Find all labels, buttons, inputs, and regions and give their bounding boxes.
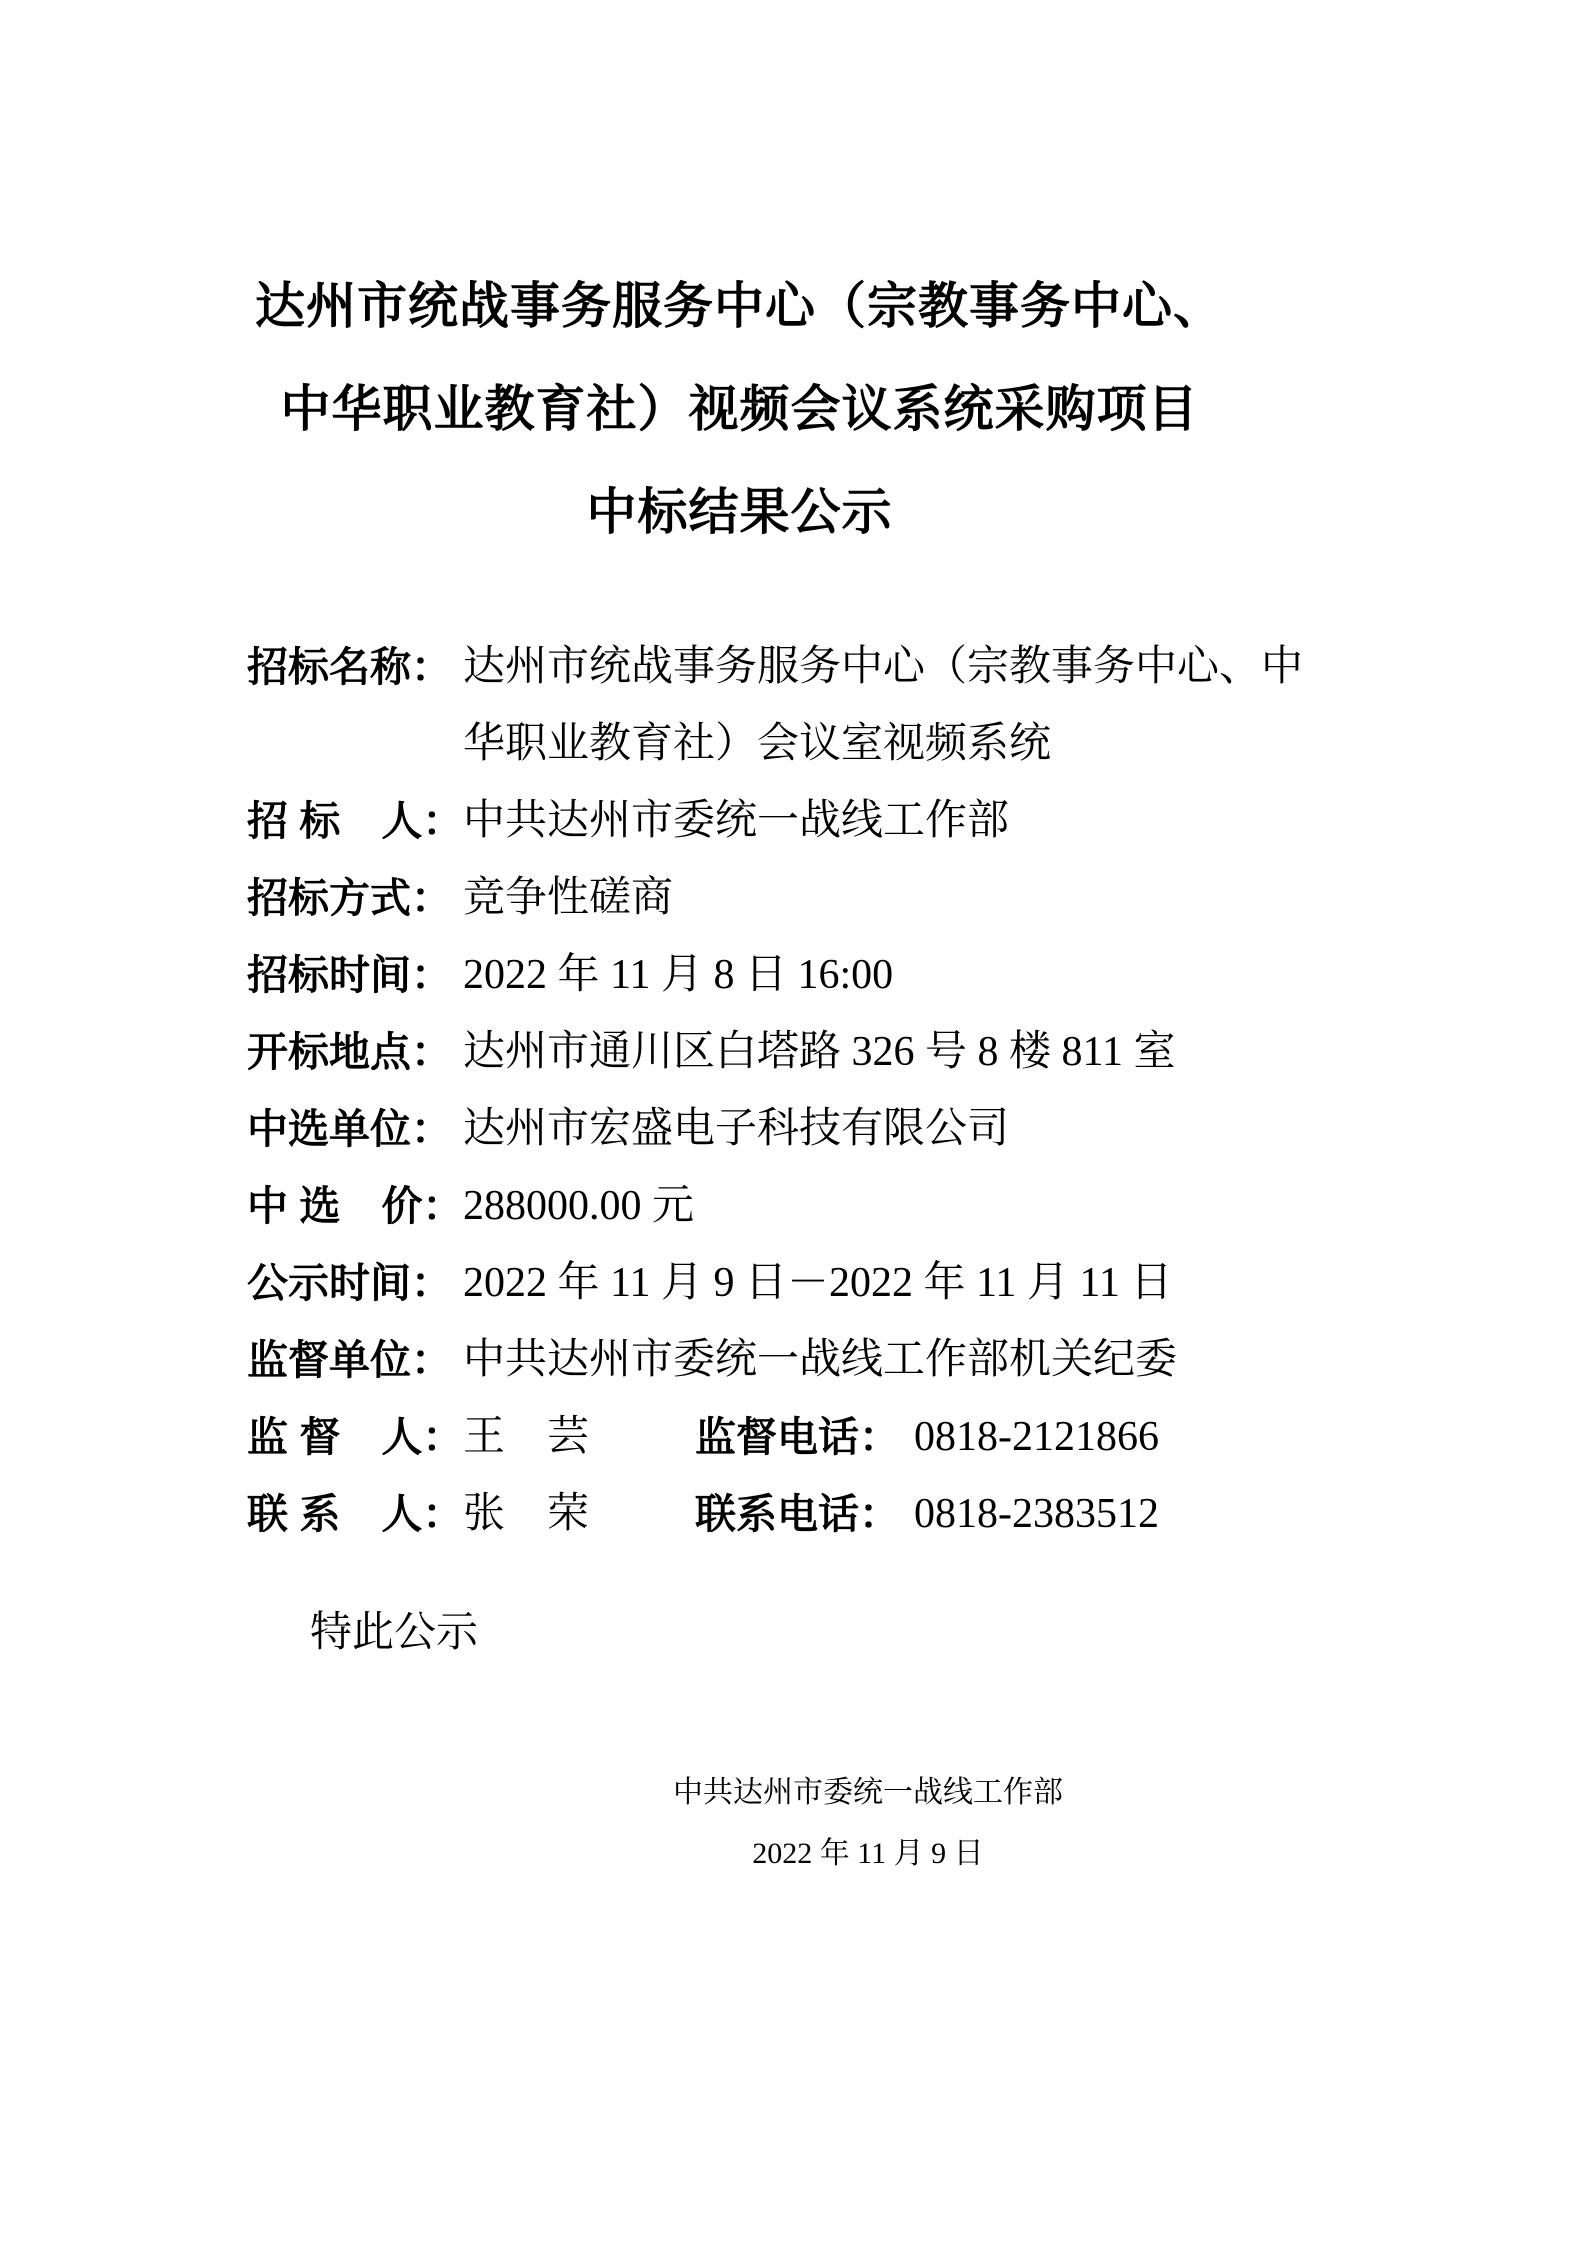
contact-row-contact-person: 联 系 人： 张 荣 联系电话： 0818-2383512	[247, 1476, 1370, 1553]
field-row-winning-price: 中 选 价： 288000.00 元	[247, 1168, 1370, 1245]
contact-name: 张 荣	[463, 1476, 695, 1553]
document-page: 达州市统战事务服务中心（宗教事务中心、 中华职业教育社）视频会议系统采购项目 中…	[0, 0, 1587, 2245]
field-label: 监 督 人：	[247, 1399, 463, 1476]
field-value: 达州市统战事务服务中心（宗教事务中心、中 华职业教育社）会议室视频系统	[463, 629, 1303, 783]
field-row-tender-time: 招标时间： 2022 年 11 月 8 日 16:00	[247, 937, 1370, 1014]
field-label: 招标方式：	[247, 860, 463, 937]
field-label: 招标时间：	[247, 937, 463, 1014]
closing-statement: 特此公示	[247, 1595, 1370, 1672]
field-value: 达州市宏盛电子科技有限公司	[463, 1091, 1009, 1168]
title-line-3: 中标结果公示	[247, 461, 1232, 564]
field-value: 2022 年 11 月 9 日－2022 年 11 月 11 日	[463, 1245, 1172, 1322]
field-label: 公示时间：	[247, 1245, 463, 1322]
signature-block: 中共达州市委统一战线工作部 2022 年 11 月 9 日	[498, 1762, 1238, 1884]
field-value: 竞争性磋商	[463, 860, 673, 937]
field-row-winning-bidder: 中选单位： 达州市宏盛电子科技有限公司	[247, 1091, 1370, 1168]
supervisor-phone: 0818-2121866	[914, 1399, 1159, 1476]
contact-phone-label: 联系电话：	[695, 1476, 900, 1553]
field-value-line-2: 华职业教育社）会议室视频系统	[463, 706, 1303, 783]
field-label: 招标名称：	[247, 629, 463, 706]
signature-date: 2022 年 11 月 9 日	[498, 1823, 1238, 1884]
field-value: 288000.00 元	[463, 1168, 694, 1245]
field-row-tender-method: 招标方式： 竞争性磋商	[247, 860, 1370, 937]
supervisor-name: 王 芸	[463, 1399, 695, 1476]
contact-phone: 0818-2383512	[914, 1476, 1159, 1553]
field-label: 开标地点：	[247, 1014, 463, 1091]
document-title: 达州市统战事务服务中心（宗教事务中心、 中华职业教育社）视频会议系统采购项目 中…	[247, 255, 1232, 564]
field-value: 达州市通川区白塔路 326 号 8 楼 811 室	[463, 1014, 1175, 1091]
field-row-tender-name: 招标名称： 达州市统战事务服务中心（宗教事务中心、中 华职业教育社）会议室视频系…	[247, 629, 1370, 783]
field-value: 中共达州市委统一战线工作部机关纪委	[463, 1322, 1177, 1399]
field-label: 中 选 价：	[247, 1168, 463, 1245]
supervisor-phone-label: 监督电话：	[695, 1399, 900, 1476]
field-row-supervising-unit: 监督单位： 中共达州市委统一战线工作部机关纪委	[247, 1322, 1370, 1399]
field-value: 中共达州市委统一战线工作部	[463, 783, 1009, 860]
field-label: 中选单位：	[247, 1091, 463, 1168]
field-label: 联 系 人：	[247, 1476, 463, 1553]
signature-organization: 中共达州市委统一战线工作部	[498, 1762, 1238, 1823]
field-label: 招 标 人：	[247, 783, 463, 860]
field-row-opening-location: 开标地点： 达州市通川区白塔路 326 号 8 楼 811 室	[247, 1014, 1370, 1091]
field-row-tenderer: 招 标 人： 中共达州市委统一战线工作部	[247, 783, 1370, 860]
field-row-publicity-period: 公示时间： 2022 年 11 月 9 日－2022 年 11 月 11 日	[247, 1245, 1370, 1322]
title-line-1: 达州市统战事务服务中心（宗教事务中心、	[247, 255, 1232, 358]
field-value-line-1: 达州市统战事务服务中心（宗教事务中心、中	[463, 629, 1303, 706]
document-body: 招标名称： 达州市统战事务服务中心（宗教事务中心、中 华职业教育社）会议室视频系…	[247, 629, 1370, 1553]
contact-row-supervisor: 监 督 人： 王 芸 监督电话： 0818-2121866	[247, 1399, 1370, 1476]
title-line-2: 中华职业教育社）视频会议系统采购项目	[247, 358, 1232, 461]
field-value: 2022 年 11 月 8 日 16:00	[463, 937, 893, 1014]
field-label: 监督单位：	[247, 1322, 463, 1399]
